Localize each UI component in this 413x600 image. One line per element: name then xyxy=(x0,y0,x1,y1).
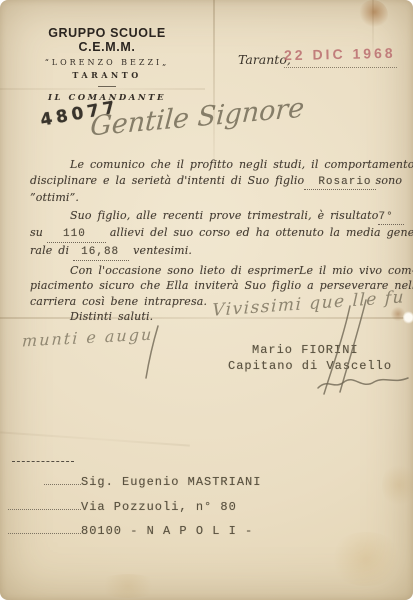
body-text: disciplinare e la serietà d'intenti di S… xyxy=(30,174,304,189)
body-text: sono xyxy=(376,174,403,189)
pencil-flourish xyxy=(138,322,168,382)
body-text: allievi del suo corso ed ha ottenuto la … xyxy=(110,226,413,241)
handwritten-note-left: munti e augu xyxy=(22,325,154,351)
crease-line xyxy=(213,0,215,168)
paper-sheet: GRUPPO SCUOLE C.E.M.M. “LORENZO BEZZI„ T… xyxy=(0,0,413,600)
body-text: ventesimi. xyxy=(133,244,192,259)
recipient-street: Via Pozzuoli, n° 80 xyxy=(81,495,237,520)
address-row: Via Pozzuoli, n° 80 xyxy=(8,495,261,520)
body-line: Suo figlio, alle recenti prove trimestra… xyxy=(30,209,394,226)
letterhead-divider xyxy=(98,86,116,87)
dotted-leader xyxy=(44,471,81,485)
letterhead: GRUPPO SCUOLE C.E.M.M. “LORENZO BEZZI„ T… xyxy=(18,26,196,103)
body-text: Suo figlio, alle recenti prove trimestra… xyxy=(70,209,378,224)
body-line: Le comunico che il profitto negli studi,… xyxy=(30,158,394,173)
scanned-letter-page: GRUPPO SCUOLE C.E.M.M. “LORENZO BEZZI„ T… xyxy=(0,0,413,600)
date-stamp: 22 DIC 1968 xyxy=(284,45,396,63)
body-text: rale di xyxy=(30,244,69,259)
stain xyxy=(96,574,160,598)
school-name: “LORENZO BEZZI„ xyxy=(18,58,196,67)
fill-in-total-students: 110 xyxy=(47,227,106,243)
body-line: rale di 16,88 ventesimi. xyxy=(30,244,394,261)
address-row: 80100 - N A P O L I - xyxy=(8,519,261,544)
recipient-city: 80100 - N A P O L I - xyxy=(81,519,253,544)
dotted-leader xyxy=(8,496,81,510)
handwritten-signature xyxy=(288,298,413,403)
body-line: ”ottimi”. xyxy=(30,191,394,206)
recipient-name: Sig. Eugenio MASTRIANI xyxy=(81,470,261,495)
fill-in-rank: 7° xyxy=(378,210,403,226)
fill-in-son-name: Rosario xyxy=(304,175,375,191)
stain xyxy=(382,462,413,508)
body-text: su xyxy=(30,226,43,241)
stain xyxy=(358,0,388,30)
crease-line xyxy=(0,431,190,446)
organization-name: GRUPPO SCUOLE C.E.M.M. xyxy=(18,26,196,54)
fill-in-average: 16,88 xyxy=(73,245,129,261)
dateline-place: Taranto, xyxy=(238,52,291,67)
stain xyxy=(328,532,404,586)
address-row: Sig. Eugenio MASTRIANI xyxy=(8,470,261,495)
address-dashed-rule xyxy=(12,461,74,462)
body-line: disciplinare e la serietà d'intenti di S… xyxy=(30,174,394,191)
recipient-address-block: Sig. Eugenio MASTRIANI Via Pozzuoli, n° … xyxy=(8,470,261,544)
dotted-leader xyxy=(8,520,81,534)
letterhead-city: TARANTO xyxy=(18,70,196,80)
body-line: su 110 allievi del suo corso ed ha otten… xyxy=(30,226,394,243)
body-line: Con l'occasione sono lieto di esprimerLe… xyxy=(30,264,394,279)
